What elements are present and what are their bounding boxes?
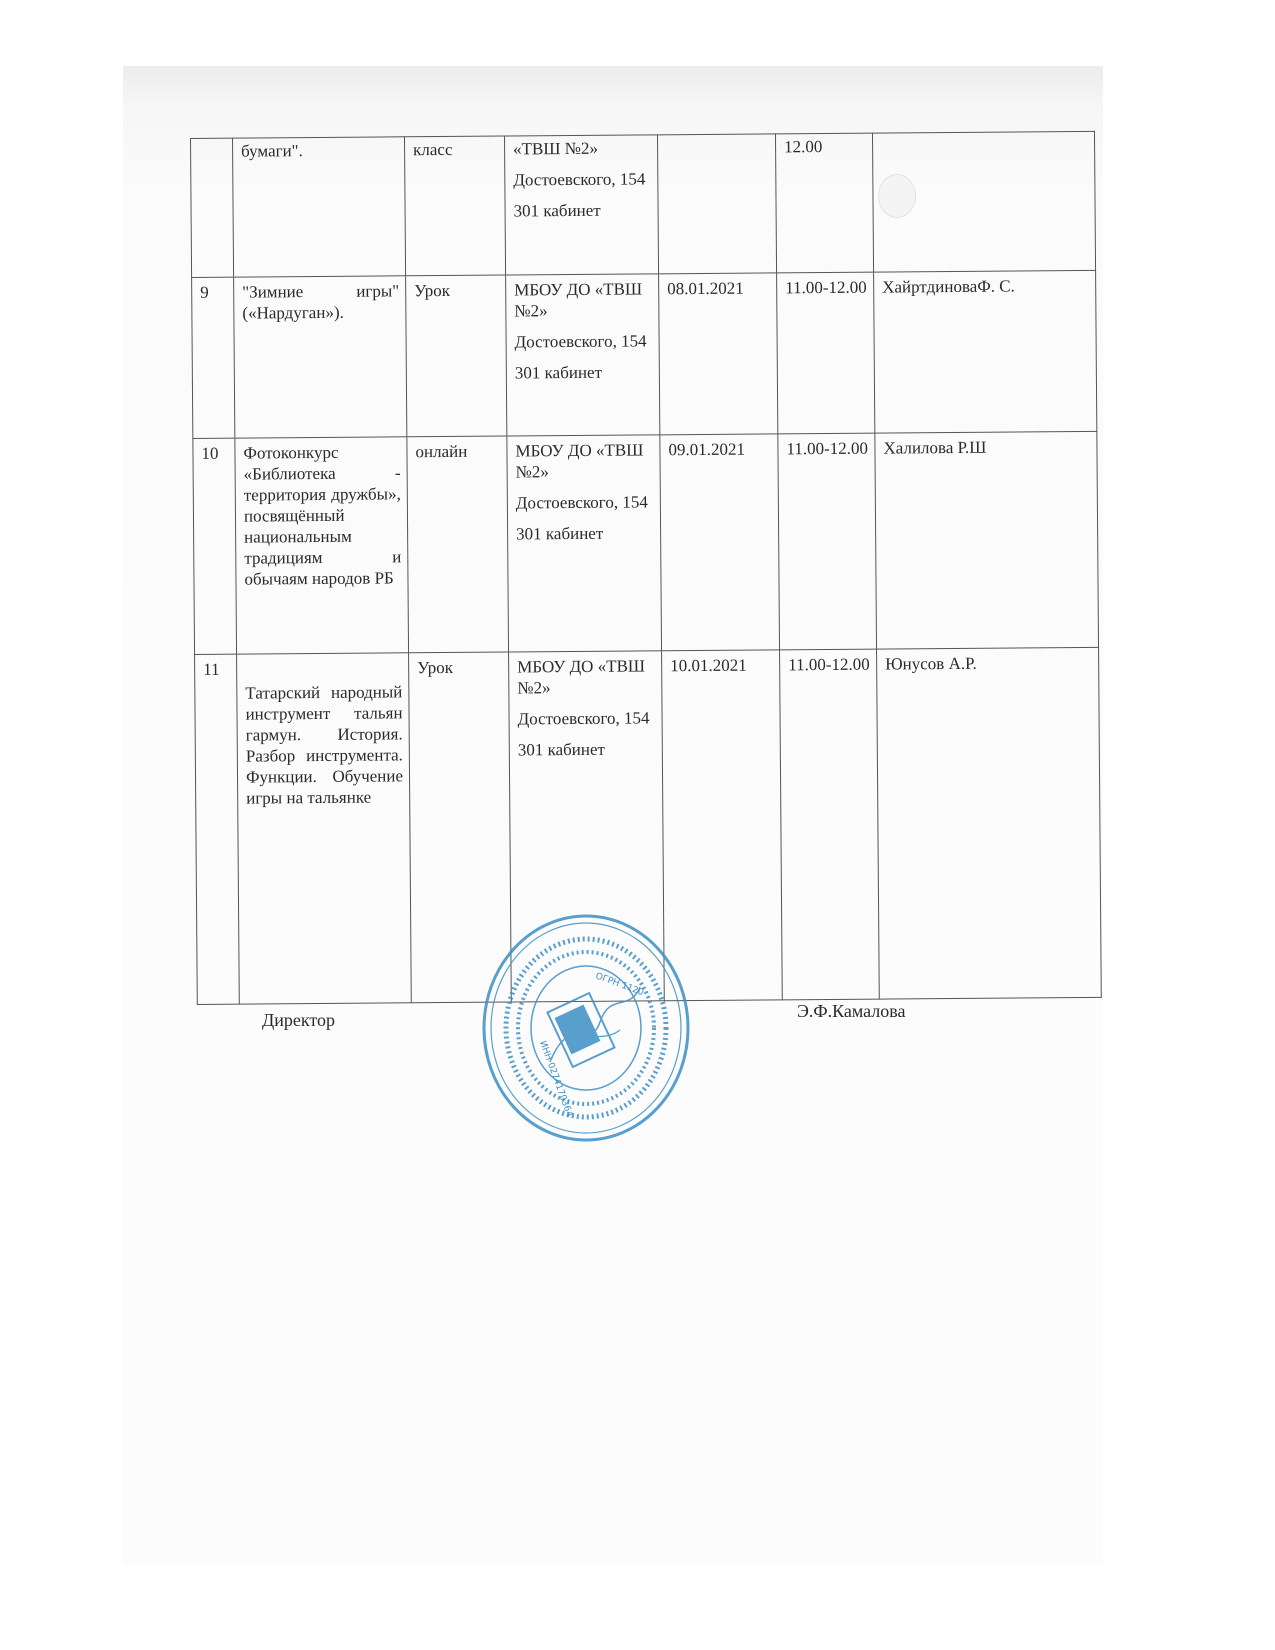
cell-form: онлайн <box>407 436 509 653</box>
cell-number: 11 <box>195 654 240 1004</box>
cell-responsible: Юнусов А.Р. <box>877 647 1102 999</box>
cell-place: МБОУ ДО «ТВШ №2»Достоевского, 154301 каб… <box>507 435 662 652</box>
cell-form: класс <box>404 136 505 276</box>
table-row: 9"Зимние игры" («Нардуган»).УрокМБОУ ДО … <box>192 270 1097 438</box>
place-line: Достоевского, 154 <box>517 707 655 729</box>
table-row: 10Фотоконкурс «Библиотека - территория д… <box>193 431 1099 654</box>
events-table-container: бумаги".класс«ТВШ №2»Достоевского, 15430… <box>190 131 1101 1005</box>
cell-time: 12.00 <box>775 133 873 273</box>
place-line: МБОУ ДО «ТВШ №2» <box>517 655 655 698</box>
place-line: Достоевского, 154 <box>516 491 654 513</box>
cell-date: 09.01.2021 <box>660 434 780 651</box>
cell-title: Татарский народный инструмент тальян гар… <box>237 653 412 1004</box>
cell-number: 9 <box>192 277 235 438</box>
cell-form: Урок <box>406 275 507 437</box>
cell-place: «ТВШ №2»Достоевского, 154301 кабинет <box>504 135 658 275</box>
place-line: «ТВШ №2» <box>513 137 651 159</box>
place-line: МБОУ ДО «ТВШ №2» <box>514 278 652 321</box>
cell-title: "Зимние игры" («Нардуган»). <box>234 276 407 438</box>
cell-time: 11.00-12.00 <box>778 433 877 650</box>
cell-title: бумаги". <box>233 137 406 277</box>
cell-date <box>657 134 776 274</box>
cell-time: 11.00-12.00 <box>777 272 875 434</box>
events-table: бумаги".класс«ТВШ №2»Достоевского, 15430… <box>190 131 1102 1005</box>
cell-place: МБОУ ДО «ТВШ №2»Достоевского, 154301 каб… <box>506 274 660 436</box>
place-line: 301 кабинет <box>514 199 652 221</box>
cell-responsible: ХайртдиноваФ. С. <box>874 270 1097 433</box>
place-line: 301 кабинет <box>516 522 654 544</box>
cell-number <box>191 138 234 277</box>
cell-time: 11.00-12.00 <box>780 649 880 1000</box>
official-stamp: ИНН 0274170364 ОГРН 1120 <box>480 912 692 1144</box>
signature-name: Э.Ф.Камалова <box>797 1001 906 1022</box>
cell-title: Фотоконкурс «Библиотека - территория дру… <box>235 437 409 654</box>
place-line: 301 кабинет <box>515 361 653 383</box>
cell-responsible: Халилова Р.Ш <box>875 431 1099 649</box>
place-line: 301 кабинет <box>518 738 656 760</box>
table-row: бумаги".класс«ТВШ №2»Достоевского, 15430… <box>191 131 1096 277</box>
signature-position: Директор <box>262 1010 335 1031</box>
place-line: Достоевского, 154 <box>513 168 651 190</box>
place-line: МБОУ ДО «ТВШ №2» <box>515 439 653 482</box>
cell-date: 08.01.2021 <box>659 273 778 435</box>
place-line: Достоевского, 154 <box>515 330 653 352</box>
cell-number: 10 <box>193 438 237 654</box>
cell-responsible <box>872 131 1095 272</box>
